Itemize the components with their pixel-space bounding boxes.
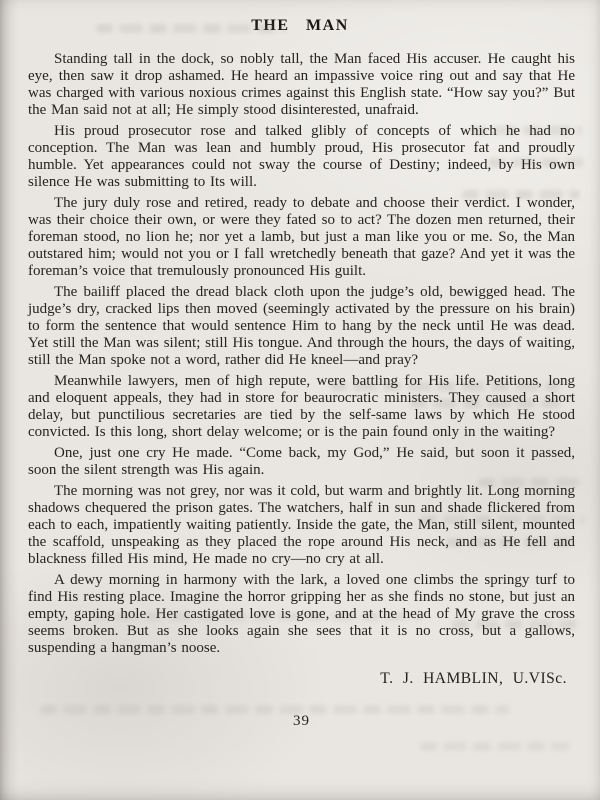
paragraph: The bailiff placed the dread black cloth… <box>28 284 575 369</box>
author-signature: T. J. HAMBLIN, U.VISc. <box>28 670 575 688</box>
paragraph: Meanwhile lawyers, men of high repute, w… <box>28 373 575 441</box>
paragraph: The jury duly rose and retired, ready to… <box>28 195 575 280</box>
paragraph: His proud prosecutor rose and talked gli… <box>28 123 575 191</box>
bleed-through-artifact <box>420 742 570 751</box>
page-title: THE MAN <box>0 0 600 35</box>
page-number: 39 <box>28 713 575 730</box>
paragraph: One, just one cry He made. “Come back, m… <box>28 445 575 479</box>
paragraph: The morning was not grey, nor was it col… <box>28 483 575 568</box>
article-body: Standing tall in the dock, so nobly tall… <box>28 51 575 730</box>
paragraph: A dewy morning in harmony with the lark,… <box>28 572 575 657</box>
scanned-page: THE MAN Standing tall in the dock, so no… <box>0 0 600 800</box>
paragraph: Standing tall in the dock, so nobly tall… <box>28 51 575 119</box>
